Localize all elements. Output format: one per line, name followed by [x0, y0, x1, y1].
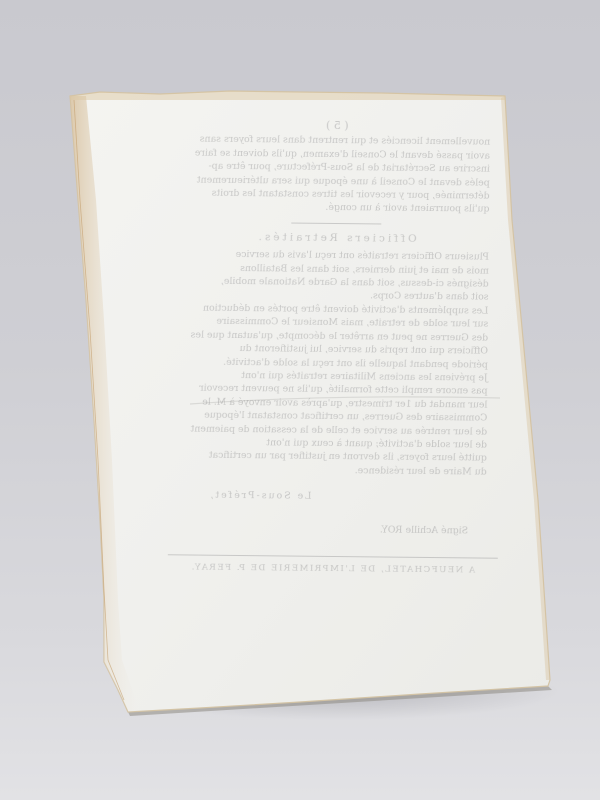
imprint-divider [168, 554, 498, 558]
divider [291, 222, 381, 224]
page-number: ( 5 ) [172, 118, 502, 134]
text-line: du Maire de leur résidence. [169, 463, 499, 479]
signature-name: Signé Achille ROY. [168, 522, 498, 538]
section-heading: Officiers Retraités. [171, 230, 501, 246]
document-leaf: ( 5 ) nouvellement licenciés et qui rent… [0, 0, 600, 800]
signature-title: Le Sous-Préfet, [168, 489, 498, 505]
text-line: qu'ils pourraient avoir à un congé. [171, 201, 501, 217]
show-through-text: ( 5 ) nouvellement licenciés et qui rent… [168, 118, 503, 577]
